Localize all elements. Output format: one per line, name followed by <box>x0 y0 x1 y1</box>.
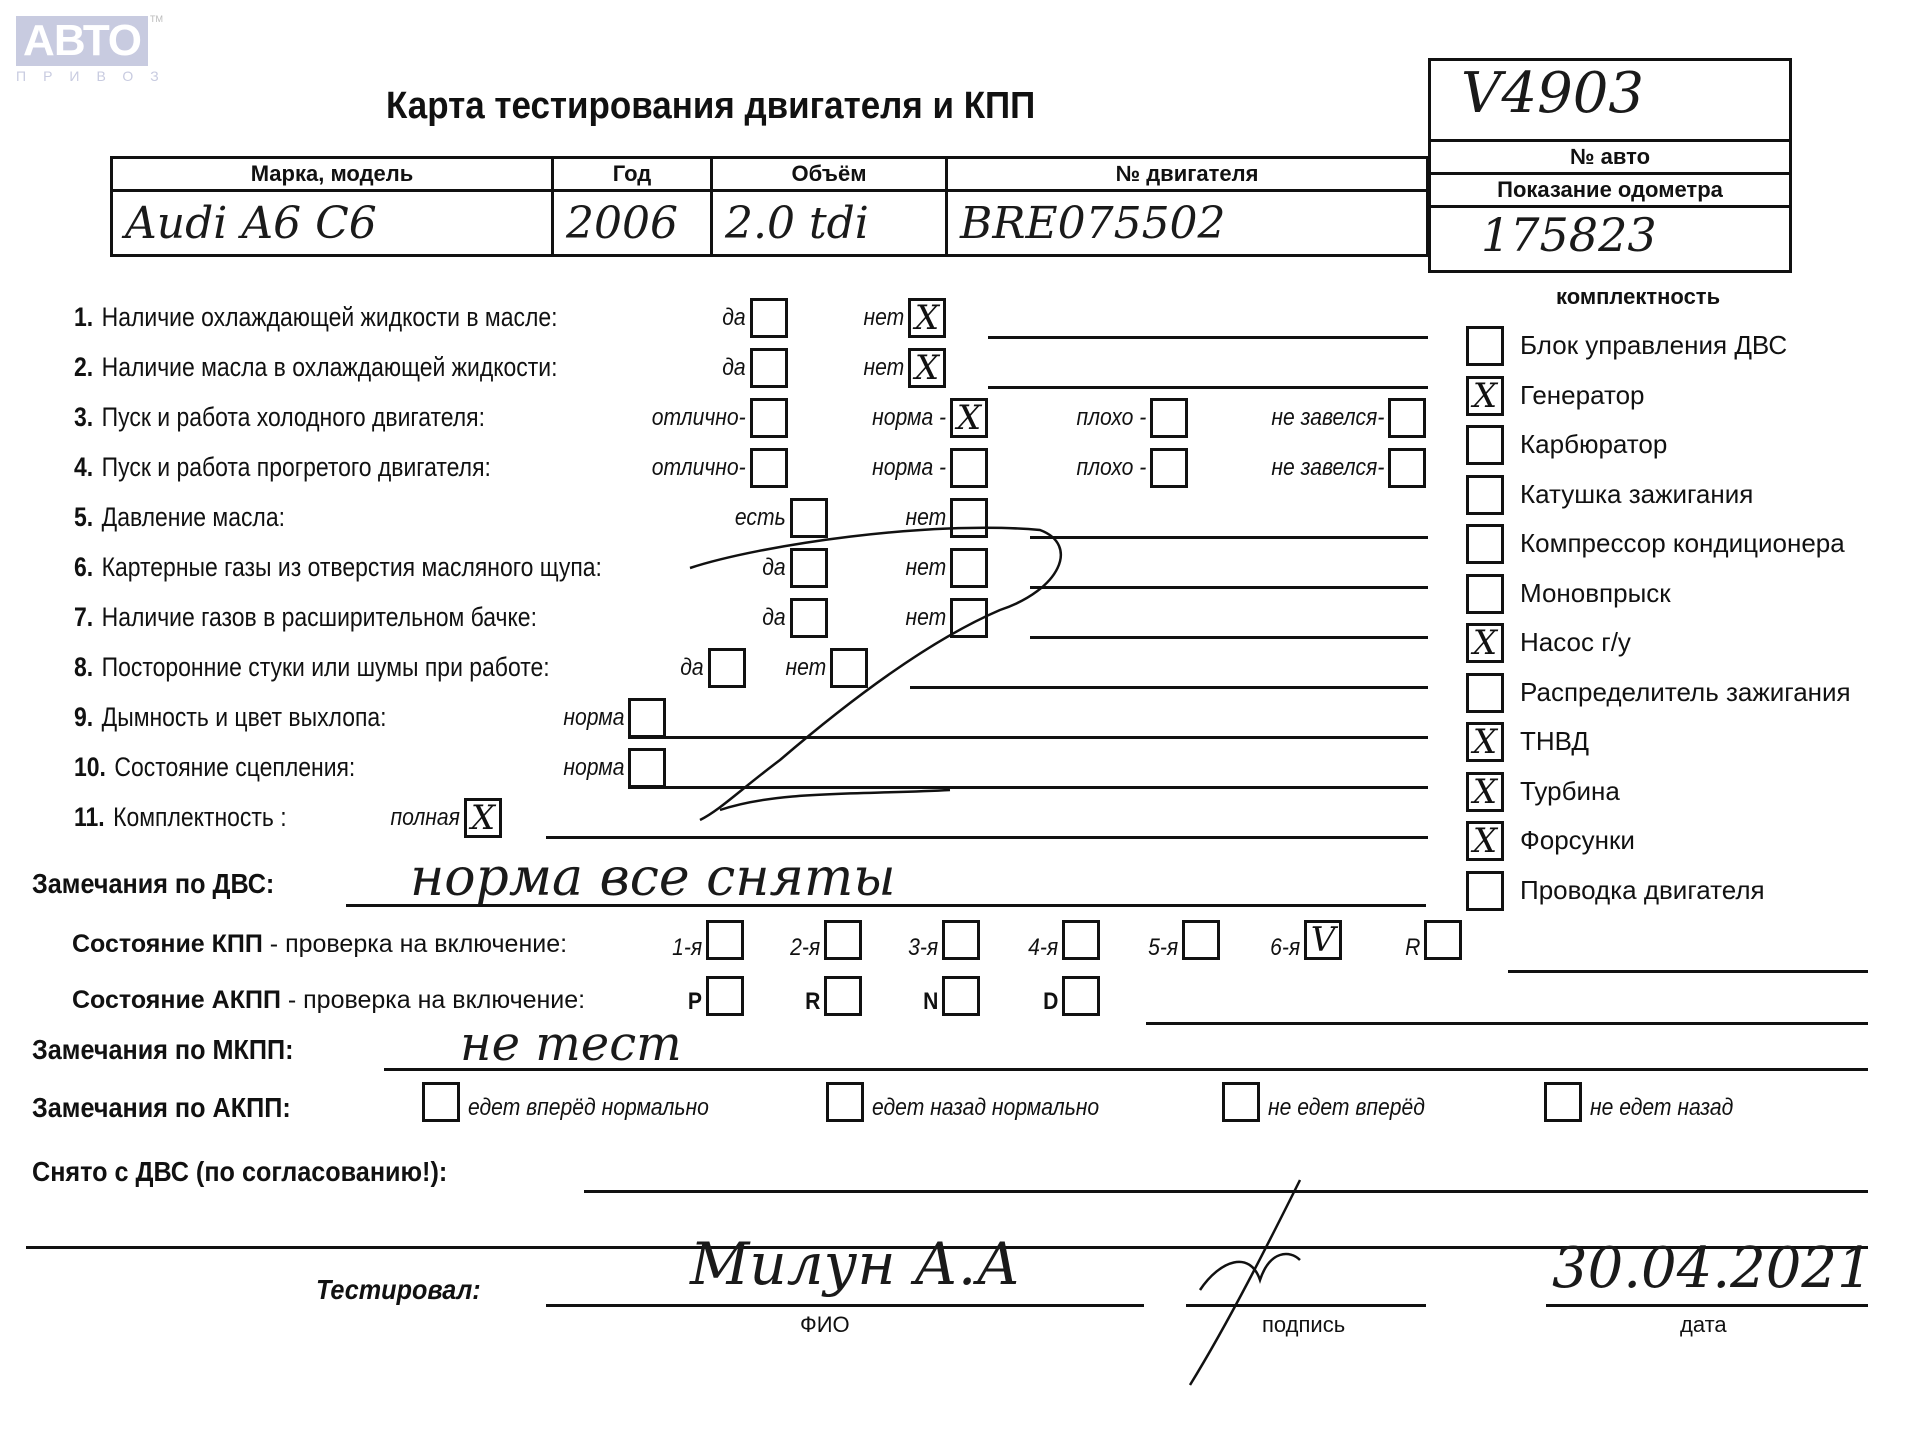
question-number: 10. <box>74 752 106 782</box>
q-normal-label: норма - <box>872 404 946 432</box>
auto-number-value[interactable]: V4903 <box>1431 61 1789 142</box>
q-normal-label: норма <box>563 704 624 732</box>
completeness-checkbox[interactable]: X <box>1466 623 1504 663</box>
question-text: Пуск и работа прогретого двигателя: <box>102 452 491 482</box>
completeness-checkbox[interactable] <box>1466 871 1504 911</box>
kpp-gear-label: 3-я <box>908 934 938 962</box>
tested-by-label: Тестировал: <box>316 1274 481 1306</box>
completeness-checkbox[interactable] <box>1466 524 1504 564</box>
q-excellent-label: отлично- <box>652 404 746 432</box>
kpp-gear-label: 5-я <box>1148 934 1178 962</box>
removed-label: Снято с ДВС (по согласованию!): <box>32 1156 447 1188</box>
column-header-year: Год <box>553 158 712 191</box>
question-label: 7.Наличие газов в расширительном бачке: <box>74 602 537 633</box>
name-caption: ФИО <box>800 1312 850 1338</box>
question-text: Посторонние стуки или шумы при работе: <box>102 652 550 682</box>
answer-line <box>628 786 1428 789</box>
completeness-checkbox[interactable]: X <box>1466 722 1504 762</box>
question-text: Наличие газов в расширительном бачке: <box>102 602 537 632</box>
date-line <box>1546 1304 1868 1307</box>
q-no-label: нет <box>905 604 946 632</box>
mkpp-remarks-label: Замечания по МКПП: <box>32 1034 294 1066</box>
completeness-checkbox[interactable] <box>1466 425 1504 465</box>
question-number: 11. <box>74 802 105 832</box>
akpp-gear-label: R <box>805 988 820 1016</box>
completeness-checkbox[interactable]: X <box>1466 376 1504 416</box>
brand-logo: АВТО <box>16 16 148 66</box>
question-label: 9.Дымность и цвет выхлопа: <box>74 702 387 733</box>
q-yes-checkbox[interactable] <box>708 648 746 688</box>
q-yes-label: да <box>723 304 746 332</box>
answer-line <box>1030 636 1428 639</box>
q-bad-label: плохо - <box>1076 404 1146 432</box>
vehicle-table: Марка, модель Год Объём № двигателя Audi… <box>110 156 1429 257</box>
question-label: 1.Наличие охлаждающей жидкости в масле: <box>74 302 557 333</box>
q-full-checkbox[interactable]: X <box>464 798 502 838</box>
q-no-label: нет <box>863 304 904 332</box>
mkpp-remarks-line <box>384 1068 1868 1071</box>
question-label: 10.Состояние сцепления: <box>74 752 355 783</box>
completeness-item-label: Форсунки <box>1520 825 1635 856</box>
model-value[interactable]: Audi A6 C6 <box>112 191 553 256</box>
kpp-gear-label: 6-я <box>1270 934 1300 962</box>
akpp-remark-checkbox[interactable] <box>1544 1082 1582 1122</box>
q-absent-checkbox[interactable] <box>950 498 988 538</box>
completeness-item-label: Компрессор кондиционера <box>1520 528 1845 559</box>
kpp-gear-checkbox[interactable] <box>1062 920 1100 960</box>
dvs-remarks-label: Замечания по ДВС: <box>32 868 274 900</box>
question-number: 8. <box>74 652 93 682</box>
q-normal-label: норма <box>563 754 624 782</box>
completeness-checkbox[interactable]: X <box>1466 821 1504 861</box>
answer-line <box>628 736 1428 739</box>
column-header-model: Марка, модель <box>112 158 553 191</box>
engine-number-value[interactable]: BRE075502 <box>947 191 1428 256</box>
question-number: 2. <box>74 352 93 382</box>
q-excellent-checkbox[interactable] <box>750 398 788 438</box>
question-number: 6. <box>74 552 93 582</box>
q-yes-checkbox[interactable] <box>790 598 828 638</box>
q-normal-checkbox[interactable] <box>628 698 666 738</box>
q-no-label: нет <box>905 554 946 582</box>
question-text: Комплектность : <box>113 802 286 832</box>
akpp-gear-checkbox[interactable] <box>1062 976 1100 1016</box>
kpp-gear-checkbox[interactable] <box>1182 920 1220 960</box>
question-text: Состояние сцепления: <box>114 752 355 782</box>
answer-line <box>1030 536 1428 539</box>
trademark: TM <box>150 14 163 24</box>
question-text: Наличие охлаждающей жидкости в масле: <box>102 302 558 332</box>
question-number: 1. <box>74 302 93 332</box>
akpp-remarks-label: Замечания по АКПП: <box>32 1092 291 1124</box>
question-number: 9. <box>74 702 93 732</box>
test-date[interactable]: 30.04.2021 <box>1552 1236 1873 1301</box>
akpp-gear-checkbox[interactable] <box>942 976 980 1016</box>
answer-line <box>988 336 1428 339</box>
q-bad-checkbox[interactable] <box>1150 398 1188 438</box>
q-bad-checkbox[interactable] <box>1150 448 1188 488</box>
question-number: 5. <box>74 502 93 532</box>
q-yes-label: да <box>763 604 786 632</box>
tester-name[interactable]: Милун А.А <box>690 1230 1020 1298</box>
completeness-item-label: Распределитель зажигания <box>1520 677 1851 708</box>
completeness-checkbox[interactable] <box>1466 475 1504 515</box>
answer-line <box>546 836 1428 839</box>
q-normal-checkbox[interactable]: X <box>950 398 988 438</box>
q-present-checkbox[interactable] <box>790 498 828 538</box>
akpp-gear-label: D <box>1043 988 1058 1016</box>
question-label: 3.Пуск и работа холодного двигателя: <box>74 402 485 433</box>
answer-line <box>1030 586 1428 589</box>
question-number: 3. <box>74 402 93 432</box>
q-no-checkbox[interactable] <box>830 648 868 688</box>
date-caption: дата <box>1680 1312 1727 1338</box>
akpp-remark-label: едет вперёд нормально <box>468 1094 709 1122</box>
kpp-gear-checkbox[interactable]: V <box>1304 920 1342 960</box>
question-text: Давление масла: <box>102 502 285 532</box>
question-label: 11.Комплектность : <box>74 802 287 833</box>
question-number: 7. <box>74 602 93 632</box>
kpp-gear-checkbox[interactable] <box>1424 920 1462 960</box>
akpp-remark-checkbox[interactable] <box>826 1082 864 1122</box>
mkpp-remarks-value[interactable]: не тест <box>460 1016 682 1072</box>
q-yes-label: да <box>723 354 746 382</box>
akpp-gear-checkbox[interactable] <box>824 976 862 1016</box>
q-excellent-label: отлично- <box>652 454 746 482</box>
column-header-engine-number: № двигателя <box>947 158 1428 191</box>
q-no-start-checkbox[interactable] <box>1388 398 1426 438</box>
column-header-volume: Объём <box>712 158 947 191</box>
q-no-checkbox[interactable]: X <box>908 348 946 388</box>
q-no-label: нет <box>863 354 904 382</box>
answer-line <box>910 686 1428 689</box>
akpp-remark-label: не едет назад <box>1590 1094 1733 1122</box>
q-normal-checkbox[interactable] <box>950 448 988 488</box>
q-bad-label: плохо - <box>1076 454 1146 482</box>
completeness-item-label: ТНВД <box>1520 726 1589 757</box>
akpp-remark-label: не едет вперёд <box>1268 1094 1425 1122</box>
dvs-remarks-value[interactable]: норма все сняты <box>410 848 896 908</box>
akpp-gear-checkbox[interactable] <box>706 976 744 1016</box>
question-text: Дымность и цвет выхлопа: <box>102 702 387 732</box>
completeness-item-label: Катушка зажигания <box>1520 479 1753 510</box>
q-normal-checkbox[interactable] <box>628 748 666 788</box>
name-line <box>546 1304 1144 1307</box>
q-no-start-label: не завелся- <box>1271 404 1384 432</box>
completeness-item-label: Карбюратор <box>1520 429 1667 460</box>
q-no-label: нет <box>785 654 826 682</box>
q-no-start-label: не завелся- <box>1271 454 1384 482</box>
q-present-label: есть <box>735 504 786 532</box>
kpp-gear-label: 2-я <box>790 934 820 962</box>
completeness-item-label: Блок управления ДВС <box>1520 330 1787 361</box>
q-yes-label: да <box>681 654 704 682</box>
question-label: 2.Наличие масла в охлаждающей жидкости: <box>74 352 557 383</box>
q-no-start-checkbox[interactable] <box>1388 448 1426 488</box>
question-label: 6.Картерные газы из отверстия масляного … <box>74 552 602 583</box>
q-normal-label: норма - <box>872 454 946 482</box>
q-excellent-checkbox[interactable] <box>750 448 788 488</box>
brand-subtitle: ПРИВОЗ <box>16 68 176 84</box>
completeness-item-label: Генератор <box>1520 380 1645 411</box>
kpp-gear-checkbox[interactable] <box>942 920 980 960</box>
question-label: 5.Давление масла: <box>74 502 285 533</box>
odometer-label: Показание одометра <box>1431 175 1789 208</box>
akpp-remark-label: едет назад нормально <box>872 1094 1099 1122</box>
q-no-checkbox[interactable]: X <box>908 298 946 338</box>
completeness-title: комплектность <box>1556 284 1720 310</box>
q-yes-label: да <box>763 554 786 582</box>
question-label: 8.Посторонние стуки или шумы при работе: <box>74 652 550 683</box>
kpp-gear-checkbox[interactable] <box>706 920 744 960</box>
q-full-label: полная <box>391 804 460 832</box>
question-text: Пуск и работа холодного двигателя: <box>102 402 485 432</box>
q-yes-checkbox[interactable] <box>750 348 788 388</box>
auto-info-box: V4903 № авто Показание одометра 175823 <box>1428 58 1792 273</box>
dvs-remarks-line <box>346 904 1426 907</box>
kpp-gear-label: 1-я <box>672 934 702 962</box>
question-text: Наличие масла в охлаждающей жидкости: <box>102 352 558 382</box>
question-text: Картерные газы из отверстия масляного щу… <box>102 552 602 582</box>
answer-line <box>988 386 1428 389</box>
akpp-remark-checkbox[interactable] <box>1222 1082 1260 1122</box>
completeness-item-label: Проводка двигателя <box>1520 875 1765 906</box>
kpp-label: Состояние КПП - проверка на включение: <box>72 930 567 959</box>
auto-number-label: № авто <box>1431 142 1789 175</box>
signature-line <box>1186 1304 1426 1307</box>
page-title: Карта тестирования двигателя и КПП <box>386 84 1035 128</box>
completeness-checkbox[interactable]: X <box>1466 772 1504 812</box>
akpp-remark-checkbox[interactable] <box>422 1082 460 1122</box>
question-label: 4.Пуск и работа прогретого двигателя: <box>74 452 491 483</box>
signature-caption: подпись <box>1262 1312 1345 1338</box>
q-no-checkbox[interactable] <box>950 548 988 588</box>
odometer-value[interactable]: 175823 <box>1431 208 1789 270</box>
q-yes-checkbox[interactable] <box>750 298 788 338</box>
completeness-checkbox[interactable] <box>1466 673 1504 713</box>
kpp-line <box>1508 970 1868 973</box>
akpp-gear-label: N <box>923 988 938 1016</box>
q-yes-checkbox[interactable] <box>790 548 828 588</box>
volume-value[interactable]: 2.0 tdi <box>712 191 947 256</box>
akpp-gear-label: P <box>688 988 702 1016</box>
completeness-item-label: Турбина <box>1520 776 1620 807</box>
kpp-gear-checkbox[interactable] <box>824 920 862 960</box>
removed-line <box>584 1190 1868 1193</box>
year-value[interactable]: 2006 <box>553 191 712 256</box>
completeness-item-label: Насос г/у <box>1520 627 1631 658</box>
akpp-label: Состояние АКПП - проверка на включение: <box>72 986 585 1015</box>
completeness-checkbox[interactable] <box>1466 326 1504 366</box>
completeness-item-label: Моновпрыск <box>1520 578 1671 609</box>
completeness-checkbox[interactable] <box>1466 574 1504 614</box>
q-no-checkbox[interactable] <box>950 598 988 638</box>
q-absent-label: нет <box>905 504 946 532</box>
akpp-line <box>1146 1022 1868 1025</box>
question-number: 4. <box>74 452 93 482</box>
kpp-gear-label: R <box>1405 934 1420 962</box>
kpp-gear-label: 4-я <box>1028 934 1058 962</box>
